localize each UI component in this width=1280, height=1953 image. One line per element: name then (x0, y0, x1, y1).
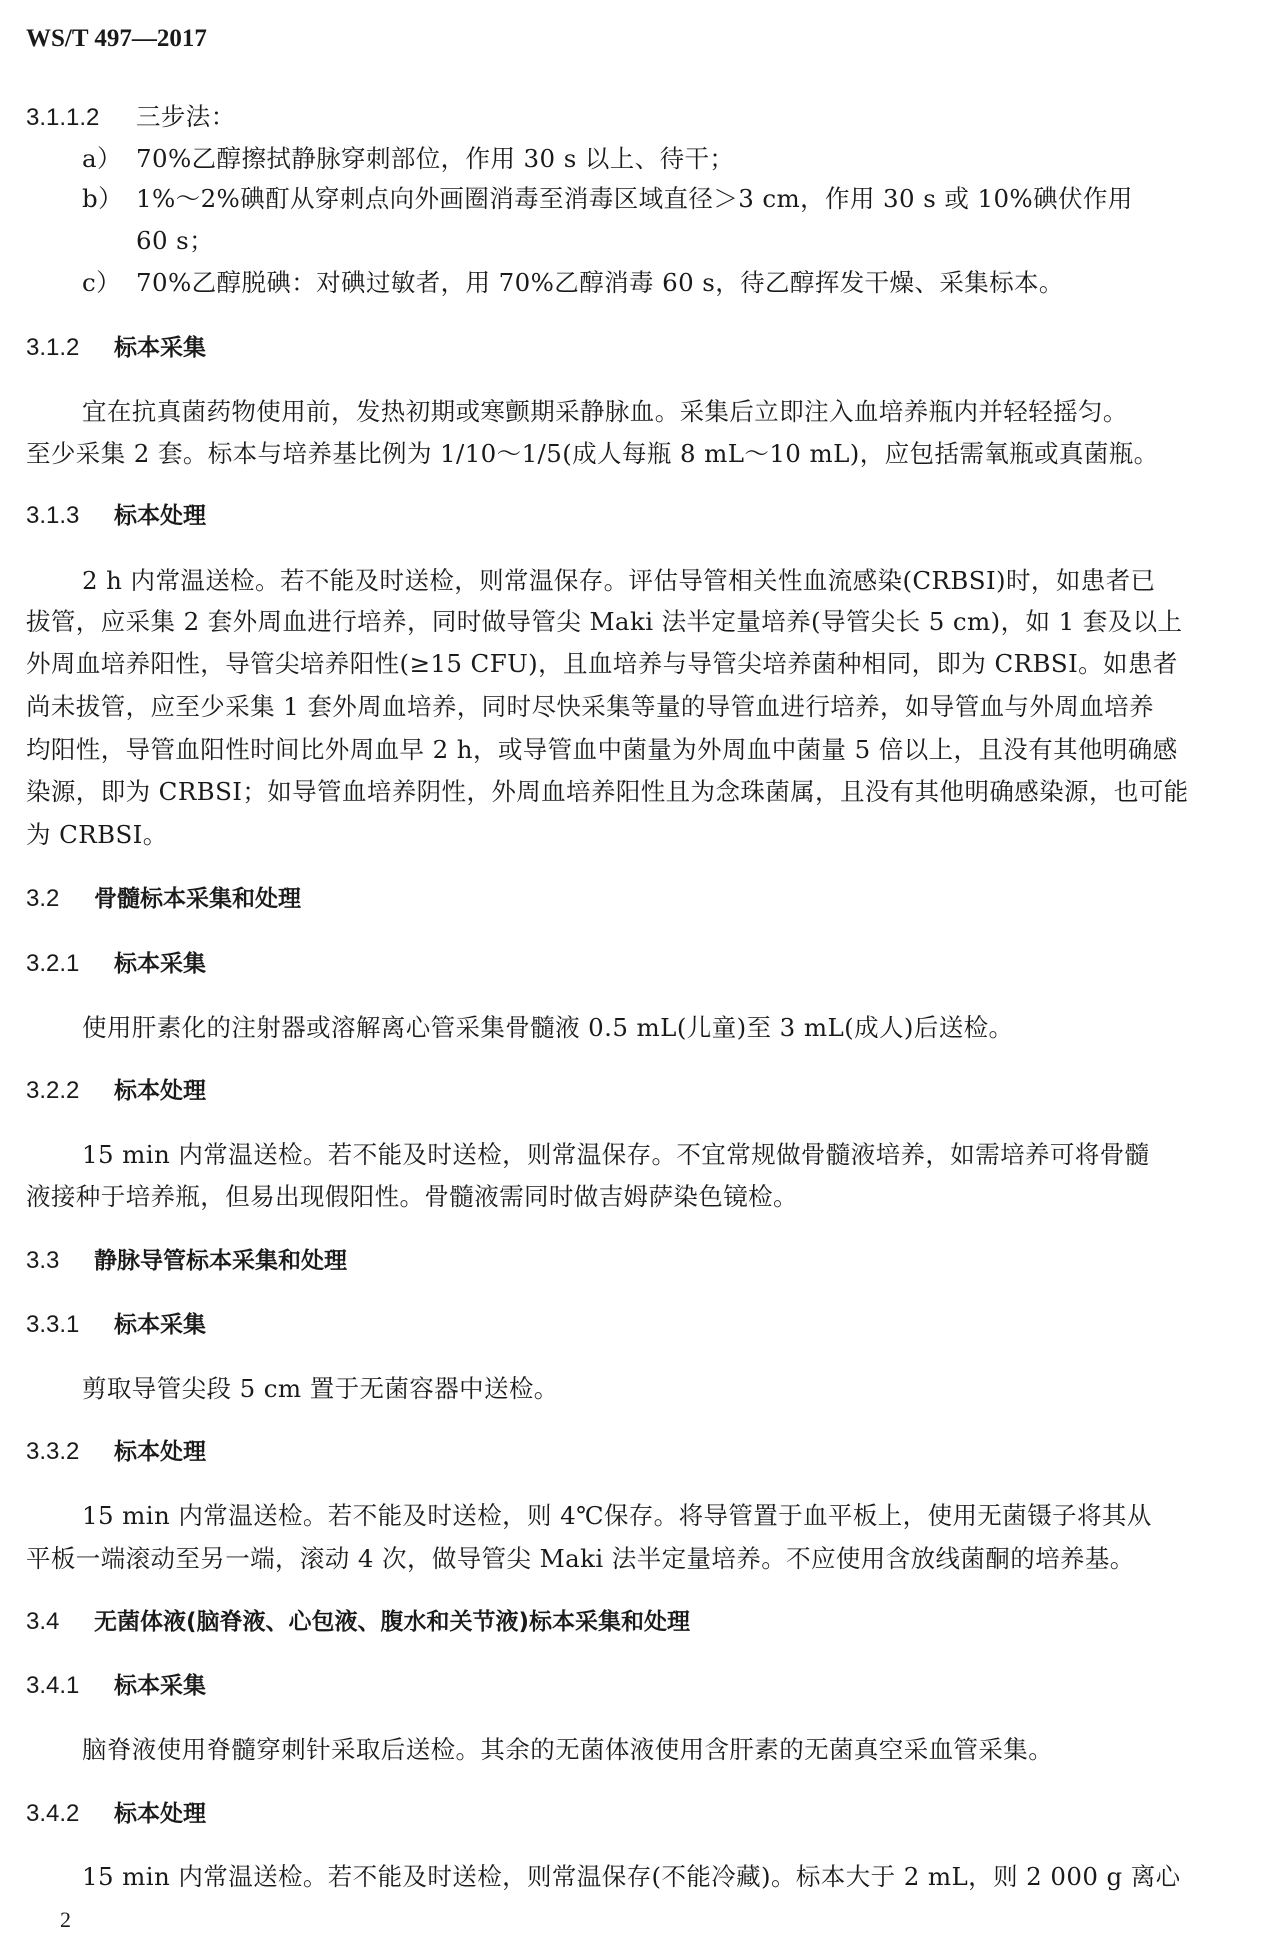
list-label: b） (82, 184, 136, 214)
paragraph-line: 2 h 内常温送检。若不能及时送检，则常温保存。评估导管相关性血流感染(CRBS… (82, 566, 1155, 596)
paragraph-line: 拔管，应采集 2 套外周血进行培养，同时做导管尖 Maki 法半定量培养(导管尖… (26, 607, 1182, 637)
section-3-4-1-heading: 3.4.1标本采集 (26, 1671, 206, 1701)
section-number: 3.1.3 (26, 501, 114, 531)
section-number: 3.1.1.2 (26, 103, 136, 133)
section-number: 3.3.1 (26, 1310, 114, 1340)
list-item-b-continuation: 60 s； (136, 226, 214, 256)
paragraph-line: 染源，即为 CRBSI；如导管血培养阴性，外周血培养阳性且为念珠菌属，且没有其他… (26, 777, 1189, 807)
section-number: 3.2 (26, 884, 94, 914)
section-number: 3.2.2 (26, 1076, 114, 1106)
section-title: 无菌体液(脑脊液、心包液、腹水和关节液)标本采集和处理 (94, 1609, 690, 1635)
paragraph-line: 均阳性，导管血阳性时间比外周血早 2 h，或导管血中菌量为外周血中菌量 5 倍以… (26, 735, 1178, 765)
document-standard-id: WS/T 497—2017 (26, 24, 207, 54)
paragraph-line: 15 min 内常温送检。若不能及时送检，则常温保存。不宜常规做骨髓液培养，如需… (82, 1140, 1150, 1170)
section-3-3-heading: 3.3静脉导管标本采集和处理 (26, 1246, 347, 1276)
list-text: 1%～2%碘酊从穿刺点向外画圈消毒至消毒区域直径＞3 cm，作用 30 s 或 … (136, 184, 1133, 213)
section-title: 骨髓标本采集和处理 (94, 886, 301, 912)
paragraph-line: 为 CRBSI。 (26, 820, 168, 850)
paragraph-line: 至少采集 2 套。标本与培养基比例为 1/10～1/5(成人每瓶 8 mL～10… (26, 439, 1159, 469)
paragraph-line: 15 min 内常温送检。若不能及时送检，则常温保存(不能冷藏)。标本大于 2 … (82, 1862, 1181, 1892)
section-number: 3.3 (26, 1246, 94, 1276)
section-number: 3.3.2 (26, 1437, 114, 1467)
paragraph-line: 宜在抗真菌药物使用前，发热初期或寒颤期采静脉血。采集后立即注入血培养瓶内并轻轻摇… (82, 397, 1128, 427)
section-title: 标本处理 (114, 503, 206, 529)
list-item-c: c）70%乙醇脱碘：对碘过敏者，用 70%乙醇消毒 60 s，待乙醇挥发干燥、采… (82, 268, 1064, 298)
section-title: 标本采集 (114, 1312, 206, 1338)
list-item-a: a）70%乙醇擦拭静脉穿刺部位，作用 30 s 以上、待干； (82, 144, 734, 174)
section-title: 标本处理 (114, 1078, 206, 1104)
section-title: 标本采集 (114, 1673, 206, 1699)
section-3-1-2-heading: 3.1.2标本采集 (26, 333, 206, 363)
section-title: 标本采集 (114, 951, 206, 977)
section-3-2-heading: 3.2骨髓标本采集和处理 (26, 884, 301, 914)
section-3-1-1-2-heading: 3.1.1.2三步法： (26, 102, 236, 133)
list-text: 70%乙醇脱碘：对碘过敏者，用 70%乙醇消毒 60 s，待乙醇挥发干燥、采集标… (136, 268, 1064, 297)
paragraph-line: 尚未拔管，应至少采集 1 套外周血培养，同时尽快采集等量的导管血进行培养，如导管… (26, 692, 1154, 722)
section-3-3-1-heading: 3.3.1标本采集 (26, 1310, 206, 1340)
section-title: 标本采集 (114, 335, 206, 361)
section-3-2-2-heading: 3.2.2标本处理 (26, 1076, 206, 1106)
section-3-2-1-heading: 3.2.1标本采集 (26, 949, 206, 979)
paragraph-line: 平板一端滚动至另一端，滚动 4 次，做导管尖 Maki 法半定量培养。不应使用含… (26, 1544, 1135, 1574)
section-number: 3.4.2 (26, 1799, 114, 1829)
section-3-4-2-heading: 3.4.2标本处理 (26, 1799, 206, 1829)
paragraph-line: 15 min 内常温送检。若不能及时送检，则 4℃保存。将导管置于血平板上，使用… (82, 1501, 1152, 1531)
section-number: 3.4.1 (26, 1671, 114, 1701)
section-title: 标本处理 (114, 1801, 206, 1827)
section-title: 静脉导管标本采集和处理 (94, 1248, 347, 1274)
section-3-4-heading: 3.4无菌体液(脑脊液、心包液、腹水和关节液)标本采集和处理 (26, 1607, 690, 1637)
page-number: 2 (60, 1905, 71, 1935)
paragraph-line: 使用肝素化的注射器或溶解离心管采集骨髓液 0.5 mL(儿童)至 3 mL(成人… (82, 1013, 1013, 1043)
section-number: 3.1.2 (26, 333, 114, 363)
section-number: 3.2.1 (26, 949, 114, 979)
section-title: 三步法： (136, 102, 236, 131)
paragraph-line: 液接种于培养瓶，但易出现假阳性。骨髓液需同时做吉姆萨染色镜检。 (26, 1182, 798, 1212)
section-3-3-2-heading: 3.3.2标本处理 (26, 1437, 206, 1467)
list-label: a） (82, 144, 136, 174)
list-item-b: b）1%～2%碘酊从穿刺点向外画圈消毒至消毒区域直径＞3 cm，作用 30 s … (82, 184, 1133, 214)
paragraph-line: 外周血培养阳性，导管尖培养阳性(≥15 CFU)，且血培养与导管尖培养菌种相同，… (26, 649, 1178, 679)
section-3-1-3-heading: 3.1.3标本处理 (26, 501, 206, 531)
section-title: 标本处理 (114, 1439, 206, 1465)
section-number: 3.4 (26, 1607, 94, 1637)
paragraph-line: 脑脊液使用脊髓穿刺针采取后送检。其余的无菌体液使用含肝素的无菌真空采血管采集。 (82, 1735, 1053, 1765)
list-label: c） (82, 268, 136, 298)
list-text: 70%乙醇擦拭静脉穿刺部位，作用 30 s 以上、待干； (136, 144, 734, 173)
paragraph-line: 剪取导管尖段 5 cm 置于无菌容器中送检。 (82, 1374, 559, 1404)
